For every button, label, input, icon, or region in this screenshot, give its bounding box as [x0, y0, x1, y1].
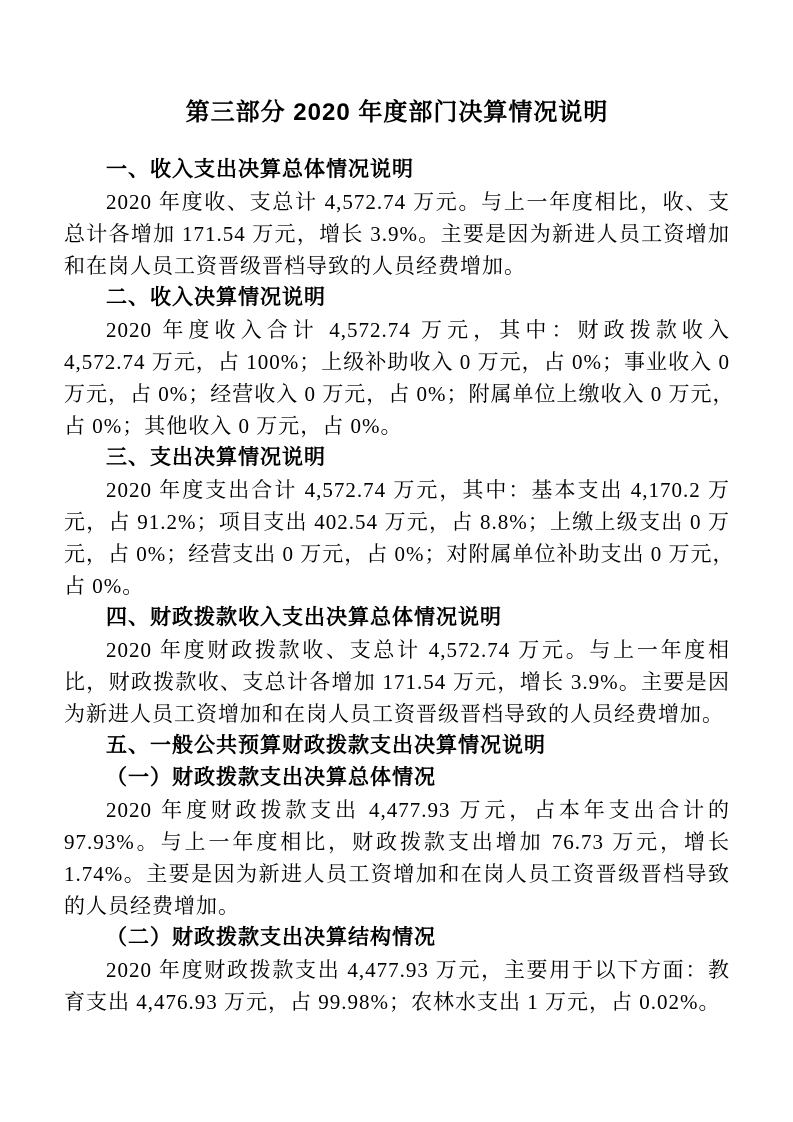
section-5-sub-1-para-line-1: 2020 年度财政拨款支出 4,477.93 万元，占本年支出合计的: [64, 794, 730, 826]
document-title: 第三部分 2020 年度部门决算情况说明: [64, 90, 730, 136]
section-2-para-line-4: 占 0%；其他收入 0 万元，占 0%。: [64, 410, 730, 442]
document-page: 第三部分 2020 年度部门决算情况说明 一、收入支出决算总体情况说明 2020…: [0, 0, 793, 1122]
section-5-heading: 五、一般公共预算财政拨款支出决算情况说明: [64, 730, 730, 762]
section-5-sub-1-para-line-3: 1.74%。主要是因为新进人员工资增加和在岗人员工资晋级晋档导致: [64, 858, 730, 890]
section-2-para-line-2: 4,572.74 万元，占 100%；上级补助收入 0 万元，占 0%；事业收入…: [64, 346, 730, 378]
section-5-sub-2-heading: （二）财政拨款支出决算结构情况: [64, 922, 730, 954]
section-5-sub-2-para-line-1: 2020 年度财政拨款支出 4,477.93 万元，主要用于以下方面：教: [64, 954, 730, 986]
section-1-para-line-1: 2020 年度收、支总计 4,572.74 万元。与上一年度相比，收、支: [64, 186, 730, 218]
section-4-para-line-3: 为新进人员工资增加和在岗人员工资晋级晋档导致的人员经费增加。: [64, 698, 730, 730]
section-1-para-line-3: 和在岗人员工资晋级晋档导致的人员经费增加。: [64, 250, 730, 282]
section-1-para-line-2: 总计各增加 171.54 万元，增长 3.9%。主要是因为新进人员工资增加: [64, 218, 730, 250]
section-3-para-line-2: 元，占 91.2%；项目支出 402.54 万元，占 8.8%；上缴上级支出 0…: [64, 506, 730, 538]
section-2-heading: 二、收入决算情况说明: [64, 282, 730, 314]
section-1-heading: 一、收入支出决算总体情况说明: [64, 154, 730, 186]
section-4-para-line-2: 比，财政拨款收、支总计各增加 171.54 万元，增长 3.9%。主要是因: [64, 666, 730, 698]
section-4-para-line-1: 2020 年度财政拨款收、支总计 4,572.74 万元。与上一年度相: [64, 634, 730, 666]
section-2-para-line-3: 万元，占 0%；经营收入 0 万元，占 0%；附属单位上缴收入 0 万元，: [64, 378, 730, 410]
section-4-heading: 四、财政拨款收入支出决算总体情况说明: [64, 602, 730, 634]
section-3-para-line-4: 占 0%。: [64, 570, 730, 602]
section-3-para-line-3: 元，占 0%；经营支出 0 万元，占 0%；对附属单位补助支出 0 万元，: [64, 538, 730, 570]
section-5-sub-2-para-line-2: 育支出 4,476.93 万元，占 99.98%；农林水支出 1 万元，占 0.…: [64, 986, 730, 1018]
section-3-heading: 三、支出决算情况说明: [64, 442, 730, 474]
section-2-para-line-1: 2020 年度收入合计 4,572.74 万元，其中：财政拨款收入: [64, 314, 730, 346]
section-3-para-line-1: 2020 年度支出合计 4,572.74 万元，其中：基本支出 4,170.2 …: [64, 474, 730, 506]
section-5-sub-1-heading: （一）财政拨款支出决算总体情况: [64, 762, 730, 794]
section-5-sub-1-para-line-4: 的人员经费增加。: [64, 890, 730, 922]
section-5-sub-1-para-line-2: 97.93%。与上一年度相比，财政拨款支出增加 76.73 万元，增长: [64, 826, 730, 858]
